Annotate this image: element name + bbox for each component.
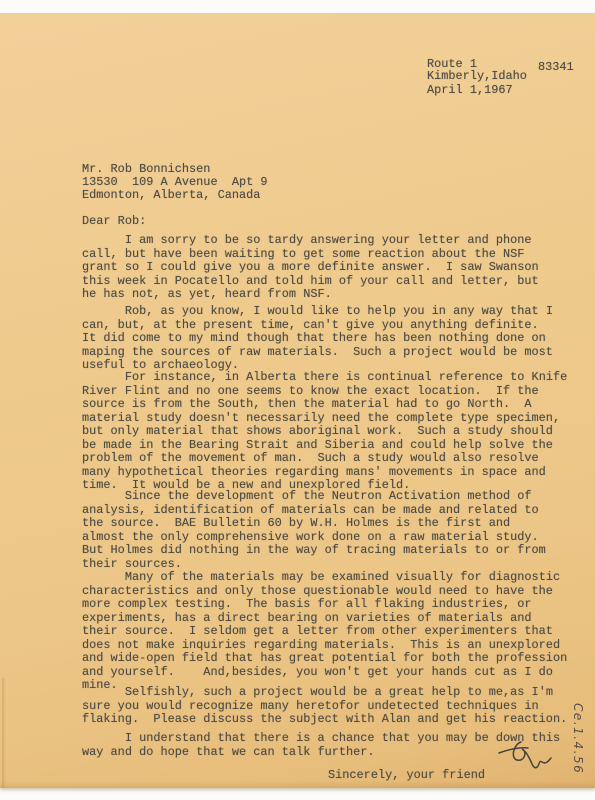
- sender-address-line2: Kimberly,Idaho: [427, 70, 527, 84]
- handwritten-signature-scribble: [497, 739, 553, 779]
- handwritten-margin-annotation: Ce.1.4.56: [571, 703, 585, 774]
- letter-paragraph-4: Since the development of the Neutron Act…: [82, 490, 587, 571]
- letter-paragraph-2: Rob, as you know, I would like to help y…: [82, 305, 587, 373]
- closing-phrase: Sincerely, your friend: [328, 769, 485, 783]
- letter-paragraph-5: Many of the materials may be examined vi…: [82, 571, 587, 693]
- recipient-city: Edmonton, Alberta, Canada: [82, 189, 260, 203]
- letter-paragraph-1: I am sorry to be so tardy answering your…: [82, 234, 587, 302]
- letter-paragraph-6: Selfishly, such a project would be a gre…: [82, 686, 587, 727]
- scanned-letter-page: Route 1 Kimberly,Idaho 83341 April 1,196…: [0, 0, 595, 800]
- letter-paper: Route 1 Kimberly,Idaho 83341 April 1,196…: [0, 13, 595, 788]
- letter-date: April 1,1967: [427, 84, 513, 98]
- salutation: Dear Rob:: [82, 215, 146, 229]
- letter-paragraph-3: For instance, in Alberta there is contin…: [82, 371, 587, 493]
- sender-zip-code: 83341: [538, 61, 574, 75]
